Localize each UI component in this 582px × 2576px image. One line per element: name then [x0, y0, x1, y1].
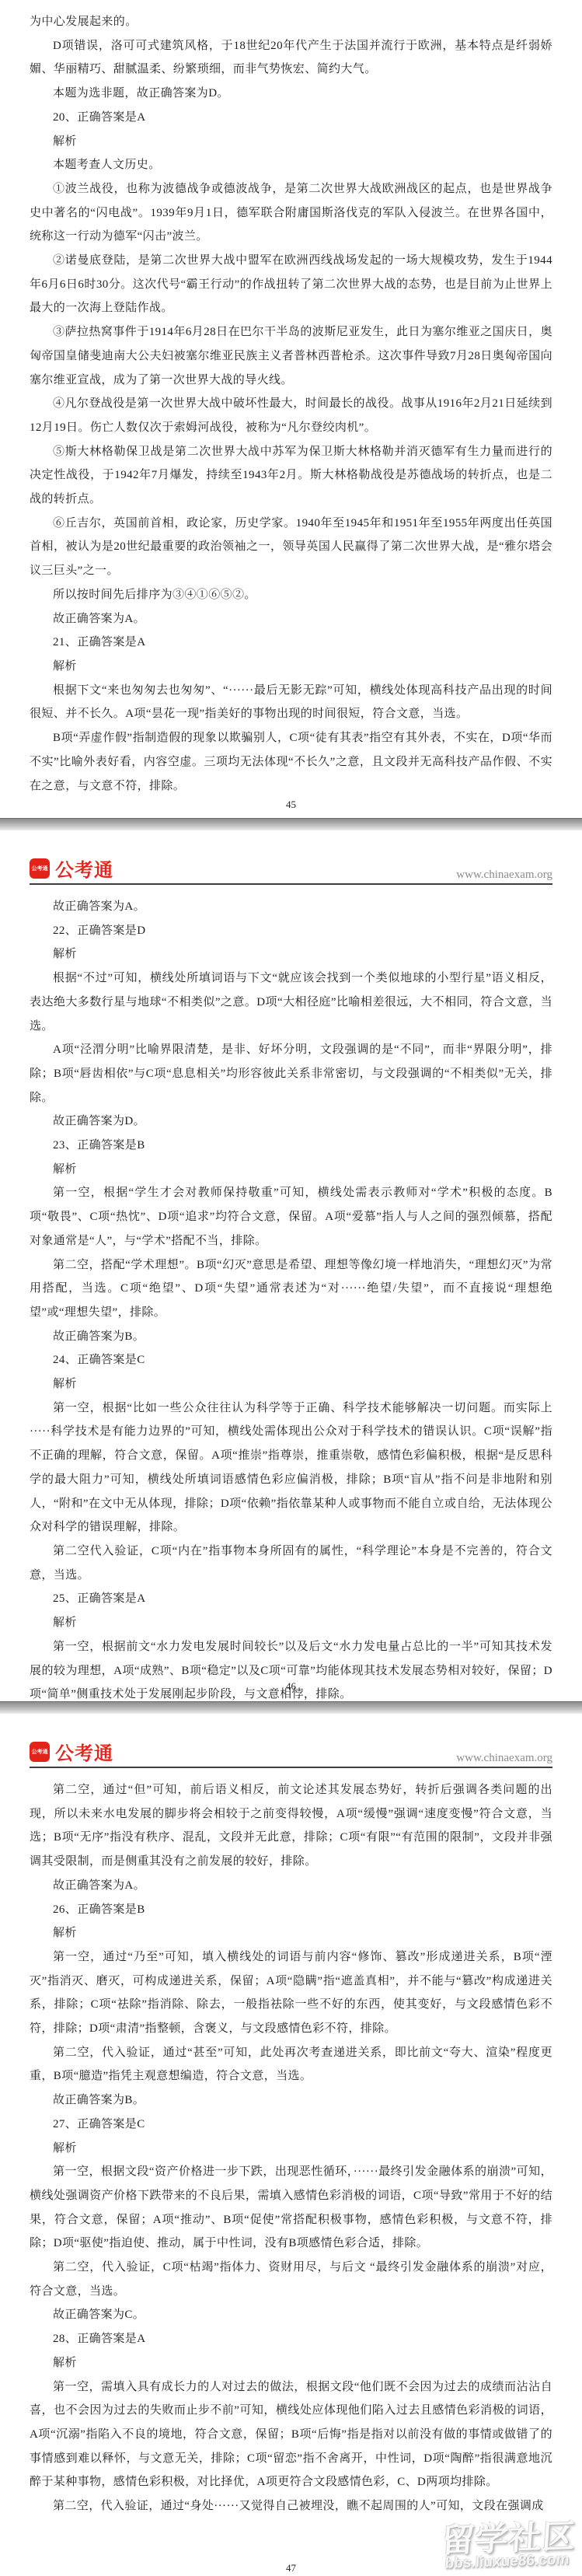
paragraph: 故正确答案为A。: [30, 607, 552, 631]
page-46-content: 故正确答案为A。 22、正确答案是D 解析 根据“不过”可知，横线处所填词语与下…: [0, 885, 582, 1701]
paragraph: 第二空代入验证，C项“内在”指事物本身所固有的属性，“科学理论”本身是不完善的，…: [30, 1540, 552, 1587]
paragraph: 故正确答案为C。: [30, 2303, 552, 2327]
answer-line: 24、正确答案是C: [30, 1348, 552, 1372]
paragraph: ①波兰战役，也称为波德战争或德波战争，是第二次世界大战欧洲战区的起点，也是世界战…: [30, 177, 552, 249]
paragraph: ②诺曼底登陆，是第二次世界大战中盟军在欧洲西线战场发起的一场大规模攻势，发生于1…: [30, 249, 552, 320]
paragraph: 25、正确答案是A: [30, 1587, 552, 1611]
analysis-label: 解析: [30, 1158, 552, 1182]
answer-line: 28、正确答案是A: [30, 2327, 552, 2351]
paragraph: 第一空，根据“学生才会对教师保持敬重”可知，横线处需表示教师对“学术”积极的态度…: [30, 1181, 552, 1253]
answer-line: 22、正确答案是D: [30, 919, 552, 943]
analysis-label: 解析: [30, 130, 552, 154]
paragraph: A项“泾渭分明”比喻界限清楚，是非、好坏分明，文段强调的是“不同”，而非“界限分…: [30, 1038, 552, 1110]
page-47-content: 第二空，通过“但”可知，前后语义相反，前文论述其发展态势好，转折后强调各类问题的…: [0, 1768, 582, 2518]
page-46: 公考通 公考通 www.chinaexam.org 故正确答案为A。 22、正确…: [0, 830, 582, 1701]
page-header: 公考通 公考通 www.chinaexam.org: [30, 1742, 552, 1768]
gkt-logo-icon: 公考通: [30, 1742, 50, 1762]
gkt-logo-text: 公考通: [55, 1738, 113, 1765]
paragraph: 第二空，代入验证，C项“枯竭”指体力、资财用尽，与后文 “最终引发金融体系的崩溃…: [30, 2256, 552, 2303]
paragraph: 为中心发展起来的。: [30, 10, 552, 34]
page-47: 公考通 公考通 www.chinaexam.org 第二空，通过“但”可知，前后…: [0, 1714, 582, 2576]
analysis-label: 解析: [30, 2137, 552, 2161]
paragraph: 第一空，需填入具有成长力的人对过去的做法，根据文段“他们既不会因为过去的成绩而沾…: [30, 2375, 552, 2495]
answer-line: 27、正确答案是C: [30, 2113, 552, 2137]
page-header: 公考通 公考通 www.chinaexam.org: [30, 858, 552, 885]
page-45-content: 为中心发展起来的。 D项错误，洛可可式建筑风格，于18世纪20年代产生于法国并流…: [0, 10, 582, 798]
paragraph: 第二空，代入验证，通过“身处······又觉得自己被埋没，瞧不起周围的人”可知，…: [30, 2494, 552, 2518]
paragraph: D项错误，洛可可式建筑风格，于18世纪20年代产生于法国并流行于欧洲，基本特点是…: [30, 34, 552, 82]
answer-line: 20、正确答案是A: [30, 106, 552, 130]
site-url: www.chinaexam.org: [456, 1752, 552, 1767]
answer-line: 23、正确答案是B: [30, 1134, 552, 1158]
paragraph: 故正确答案为B。: [30, 1325, 552, 1349]
analysis-label: 解析: [30, 1921, 552, 1945]
gkt-logo: 公考通 公考通: [30, 1738, 113, 1767]
paragraph: ④凡尔登战役是第一次世界大战中破坏性最大，时间最长的战役。战事从1916年2月2…: [30, 392, 552, 439]
page-number: 45: [0, 799, 582, 811]
paragraph: ③萨拉热窝事件于1914年6月28日在巴尔干半岛的波斯尼亚发生，此日为塞尔维亚之…: [30, 320, 552, 392]
analysis-label: 解析: [30, 655, 552, 679]
paragraph: 故正确答案为A。: [30, 895, 552, 919]
paragraph: 根据“不过”可知，横线处所填词语与下文“就应该会找到一个类似地球的小型行星”语义…: [30, 966, 552, 1038]
paragraph: 本题考查人文历史。: [30, 153, 552, 177]
paragraph: 所以按时间先后排序为③④①⑥⑤②。: [30, 583, 552, 607]
paragraph: 本题为选非题，故正确答案为D。: [30, 82, 552, 106]
paragraph: 故正确答案为D。: [30, 1110, 552, 1134]
paragraph: 故正确答案为B。: [30, 2088, 552, 2113]
paragraph: 根据下文“来也匆匆去也匆匆”、“······最后无影无踪”可知，横线处体现高科技…: [30, 679, 552, 726]
paragraph: 第二空，代入验证，通过“甚至”可知，此处再次考查递进关系，即比前文“夸大、渲染”…: [30, 2041, 552, 2088]
answer-line: 解析: [30, 1611, 552, 1635]
analysis-label: 解析: [30, 1372, 552, 1396]
gkt-logo-text: 公考通: [55, 855, 113, 882]
paragraph: 第一空，通过“乃至”可知，填入横线处的词语与前内容“修饰、篡改”形成递进关系，B…: [30, 1945, 552, 2041]
watermark-title: 留学社区: [434, 2521, 582, 2557]
analysis-label: 解析: [30, 942, 552, 966]
analysis-label: 解析: [30, 2351, 552, 2375]
page-45: 为中心发展起来的。 D项错误，洛可可式建筑风格，于18世纪20年代产生于法国并流…: [0, 0, 582, 818]
paragraph: 第二空，通过“但”可知，前后语义相反，前文论述其发展态势好，转折后强调各类问题的…: [30, 1778, 552, 1874]
paragraph: 故正确答案为A。: [30, 1874, 552, 1898]
answer-line: 21、正确答案是A: [30, 631, 552, 655]
paragraph: ⑥丘吉尔，英国前首相，政论家，历史学家。1940年至1945年和1951年至19…: [30, 512, 552, 583]
paragraph: 第一空，根据“比如一些公众往往认为科学等于正确、科学技术能够解决一切问题。而实际…: [30, 1396, 552, 1540]
paragraph: ⑤斯大林格勒保卫战是第二次世界大战中苏军为保卫斯大林格勒并消灭德军有生力量而进行…: [30, 440, 552, 512]
paragraph: 第一空，根据文段“资产价格进一步下跌，出现恶性循环，······最终引发金融体系…: [30, 2160, 552, 2256]
pdf-document: 为中心发展起来的。 D项错误，洛可可式建筑风格，于18世纪20年代产生于法国并流…: [0, 0, 582, 2576]
gkt-logo: 公考通 公考通: [30, 855, 113, 883]
page-divider: [0, 1701, 582, 1714]
page-number: 46: [0, 1680, 582, 1693]
paragraph: 第二空，搭配“学术理想”。B项“幻灭”意思是希望、理想等像幻境一样地消失，“理想…: [30, 1253, 552, 1325]
page-divider: [0, 818, 582, 830]
gkt-logo-icon: 公考通: [30, 858, 50, 879]
answer-line: 26、正确答案是B: [30, 1898, 552, 1922]
paragraph: B项“弄虚作假”指制造假的现象以欺骗别人，C项“徒有其表”指空有其外表，不实在，…: [30, 726, 552, 798]
site-url: www.chinaexam.org: [456, 869, 552, 883]
page-number: 47: [0, 2562, 582, 2574]
